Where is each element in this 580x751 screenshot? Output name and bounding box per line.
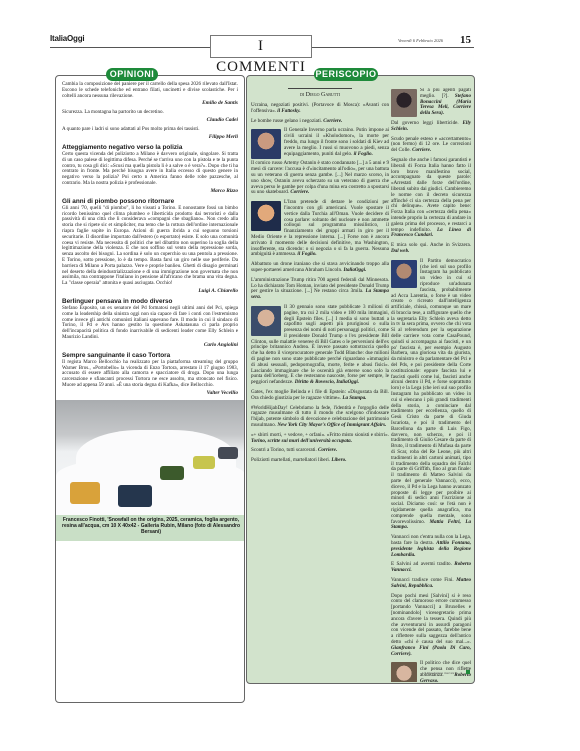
opinion-title: Berlinguer pensava in modo diverso bbox=[62, 298, 238, 305]
item-text: Scontri a Torino, tutti scarcerati. bbox=[251, 447, 318, 453]
periscopio-item: Ucraina, negoziati positivi. (Portavoce … bbox=[251, 103, 389, 115]
periscopio-column-1: di Diego Gabutti Ucraina, negoziati posi… bbox=[251, 88, 389, 682]
trump-photo bbox=[251, 201, 281, 231]
item-text: Il Generale Inverno parla ucraino. Putin… bbox=[284, 127, 389, 156]
item-source: ItaliaOggi. bbox=[344, 267, 367, 273]
car-green bbox=[160, 466, 184, 480]
periscopio-item: Scontri a Torino, tutti scarcerati. Corr… bbox=[251, 448, 389, 454]
opinioni-list: Cambia la composizione del paniere per i… bbox=[62, 82, 238, 396]
opinion-author: Luigi A. Chiarello bbox=[62, 288, 238, 294]
periscopio-item: L'Iran pretende di dettare le condizioni… bbox=[251, 200, 389, 258]
periscopio-item: E mica solo qui. Anche in Svizzera. Dal … bbox=[391, 243, 471, 255]
item-text: Segnalo che anche i famosi garantisti e … bbox=[391, 157, 471, 233]
opinion-author: Emilio de Santis bbox=[62, 100, 238, 106]
periscopio-item: Il Generale Inverno parla ucraino. Putin… bbox=[251, 128, 389, 157]
opinion-text: Il regista Marco Bellocchio ha realizzat… bbox=[62, 360, 238, 389]
periscopio-item: Il comico russo Artemy Ostanin è stato c… bbox=[251, 161, 389, 196]
item-source: Libero. bbox=[331, 457, 346, 463]
periscopio-items-1: Ucraina, negoziati positivi. (Portavoce … bbox=[251, 103, 389, 464]
schlein-photo bbox=[391, 89, 417, 117]
item-source: Corriere. bbox=[323, 118, 342, 124]
periscopio-items-2: Si a più agenti pagati meglio. [?]. Stef… bbox=[391, 88, 471, 682]
periscopio-item: Gates, l'ex moglie Belinda e i file di E… bbox=[251, 390, 389, 402]
opinion-author: Claudio Cadei bbox=[62, 117, 238, 123]
opinion-author: Filippo Merli bbox=[62, 134, 238, 140]
item-text: Abbattuto un drone iraniano che si stava… bbox=[251, 261, 389, 273]
periscopio-item: Scudo penale esteso e «accertamento» (no… bbox=[391, 137, 471, 154]
item-source: Dal web. bbox=[391, 248, 409, 254]
item-source: Corriere. bbox=[318, 447, 337, 453]
car-gray bbox=[218, 447, 238, 459]
item-text: Il Partito democratico (che ieri sul suo… bbox=[391, 258, 471, 525]
item-source: Gianfranco Fini (Paola Di Caro, Corriere… bbox=[391, 645, 471, 657]
periscopio-item: Vannacci non c'entra nulla con la Lega, … bbox=[391, 535, 471, 558]
item-text: Gates, l'ex moglie Belinda e i file di E… bbox=[251, 389, 389, 401]
item-source: Corriere. bbox=[412, 147, 431, 153]
periscopio-item: L'amministrazione Trump ritira 700 agent… bbox=[251, 278, 389, 301]
periscopio-item: Abbattuto un drone iraniano che si stava… bbox=[251, 262, 389, 274]
opinion-text: Certo questa vicenda del poliziotto a Mi… bbox=[62, 152, 238, 187]
masthead-logo: ItaliaOggi bbox=[50, 34, 84, 43]
periscopio-item: Il 30 gennaio sono state pubblicate 3 mi… bbox=[251, 305, 389, 386]
item-text: Poliziotti martellati, martellatori libe… bbox=[251, 457, 331, 463]
opinion-text: A quanto pare i ladri si sono adattati a… bbox=[62, 127, 238, 133]
car-yellow bbox=[70, 482, 100, 504]
item-source: Torino, scritte sui muri dell'università… bbox=[251, 438, 352, 444]
page-number: 15 bbox=[460, 34, 471, 46]
opinion-item: A quanto pare i ladri si sono adattati a… bbox=[62, 127, 238, 140]
item-source: il Foglio. bbox=[297, 251, 316, 257]
periscopio-item: Dopo pochi mesi [Salvini] si è reso cont… bbox=[391, 594, 471, 658]
artwork-photo bbox=[56, 400, 245, 515]
opinion-item: Berlinguer pensava in modo diversoStefan… bbox=[62, 298, 238, 348]
opinion-item: Atteggiamento negativo verso la poliziaC… bbox=[62, 144, 238, 194]
opinion-item: Gli anni di piombo possono ritornareGli … bbox=[62, 198, 238, 294]
periscopio-item: Si a più agenti pagati meglio. [?]. Stef… bbox=[391, 88, 471, 117]
item-text: Ucraina, negoziati positivi. (Portavoce … bbox=[251, 102, 389, 114]
item-text: Dopo pochi mesi [Salvini] si è reso cont… bbox=[391, 593, 471, 645]
opinion-author: Marco Rizzo bbox=[62, 188, 238, 194]
periscopio-item: E Salvini ad avermi tradito. Roberto Van… bbox=[391, 562, 471, 574]
section-title: I COMMENTI bbox=[210, 35, 312, 58]
periscopio-item: Le bombe russe gelano i negoziati. Corri… bbox=[251, 119, 389, 125]
item-source: New York City Mayor's Office of Immigran… bbox=[277, 422, 386, 428]
opinion-item: Cambia la composizione del paniere per i… bbox=[62, 82, 238, 106]
car-blue bbox=[118, 485, 152, 507]
item-text: Il comico russo Artemy Ostanin è stato c… bbox=[251, 160, 389, 195]
opinion-item: Sempre sanguinante il caso TortoraIl reg… bbox=[62, 352, 238, 396]
periscopio-item: Dal governo leggi liberticide. Elly Schl… bbox=[391, 121, 471, 133]
opinion-item: Sicurezza. La montagna ha partorito un d… bbox=[62, 110, 238, 123]
gates-photo bbox=[251, 306, 281, 336]
periscopio-item: «+ sbirri morti, + vedove, + orfani». «F… bbox=[251, 433, 389, 445]
opinioni-badge: OPINIONI bbox=[106, 68, 158, 81]
opinion-title: Gli anni di piombo possono ritornare bbox=[62, 198, 238, 205]
opinion-title: Sempre sanguinante il caso Tortora bbox=[62, 352, 238, 359]
item-source: il Foglio. bbox=[354, 151, 373, 157]
opinioni-panel: Cambia la composizione del paniere per i… bbox=[55, 75, 245, 703]
item-source: Diritto & Rovescio, ItaliaOggi. bbox=[295, 379, 359, 385]
dateline: Venerdì 6 Febbraio 2026 bbox=[398, 38, 443, 43]
item-text: Le bombe russe gelano i negoziati. bbox=[251, 118, 323, 124]
gervaso-photo bbox=[391, 662, 417, 682]
periscopio-item: Vannacci tradisce come Fini. Matteo Salv… bbox=[391, 578, 471, 590]
item-source: Corriere. bbox=[290, 189, 309, 195]
opinion-text: Gli anni '70, quelli "di piombo", li ho … bbox=[62, 206, 238, 287]
putin-photo bbox=[251, 129, 281, 159]
end-square-icon bbox=[466, 670, 470, 674]
opinion-text: Cambia la composizione del paniere per i… bbox=[62, 82, 238, 99]
car-lime bbox=[193, 456, 215, 469]
item-source: il Fattosky. bbox=[277, 108, 300, 114]
periscopio-column-2: Si a più agenti pagati meglio. [?]. Stef… bbox=[391, 88, 471, 682]
periscopio-item: Segnalo che anche i famosi garantisti e … bbox=[391, 158, 471, 239]
opinion-text: Sicurezza. La montagna ha partorito un d… bbox=[62, 110, 238, 116]
copyright-mark: — © Riproduzione riservata — bbox=[420, 671, 458, 675]
opinion-author: Carlo Angiolini bbox=[62, 342, 238, 348]
periscopio-item: #WorldHijabDay! Celebriamo la fede, l'id… bbox=[251, 406, 389, 429]
opinion-text: Stefano Esposito, un ex senatore del Pd … bbox=[62, 306, 238, 341]
salvini-photo bbox=[391, 260, 417, 288]
periscopio-badge: PERISCOPIO bbox=[314, 68, 378, 81]
item-source: La Stampa. bbox=[342, 395, 366, 401]
opinion-author: Valter Vecellio bbox=[62, 390, 238, 396]
byline: di Diego Gabutti bbox=[288, 88, 352, 98]
periscopio-item: Il Partito democratico (che ieri sul suo… bbox=[391, 259, 471, 531]
opinion-title: Atteggiamento negativo verso la polizia bbox=[62, 144, 238, 151]
photo-caption: Francesco Finotti, 'Snowfall on the orig… bbox=[56, 515, 245, 541]
periscopio-item: Poliziotti martellati, martellatori libe… bbox=[251, 458, 389, 464]
